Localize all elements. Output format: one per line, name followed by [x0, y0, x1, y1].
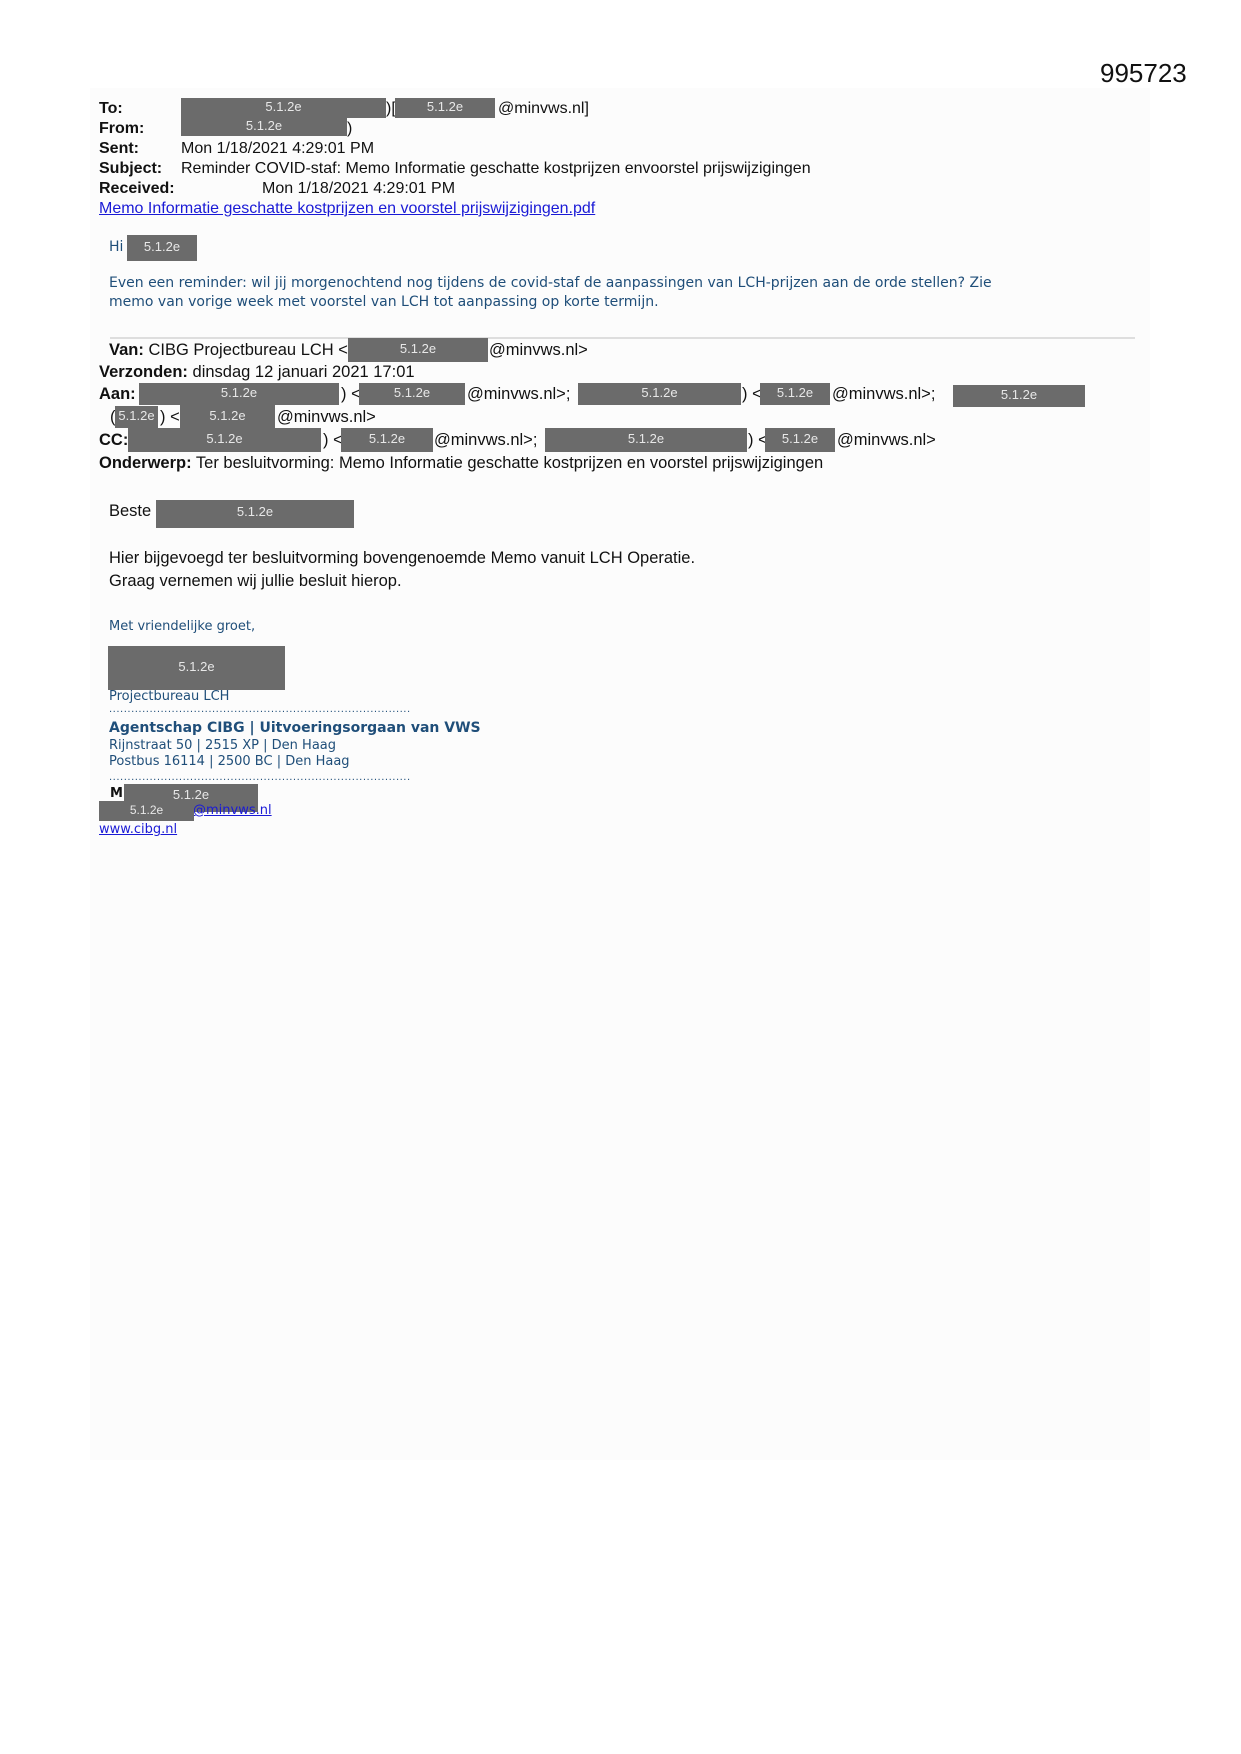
aan-domain: @minvws.nl>;: [832, 385, 935, 404]
divider: [110, 337, 1135, 339]
redaction-box: 5.1.2e: [156, 500, 354, 528]
redaction-box: 5.1.2e: [765, 428, 835, 452]
van-domain: @minvws.nl>: [489, 341, 588, 360]
redaction-box: 5.1.2e: [395, 98, 495, 118]
to-label: To:: [99, 99, 123, 119]
redaction-box: 5.1.2e: [348, 338, 488, 362]
redaction-box: 5.1.2e: [128, 428, 321, 452]
redaction-box: 5.1.2e: [127, 235, 197, 261]
aan-sep: ) <: [742, 385, 762, 404]
aan-sep: ) <: [160, 408, 180, 427]
aan-domain: @minvws.nl>;: [467, 385, 570, 404]
redaction-box: 5.1.2e: [108, 646, 285, 690]
redaction-box: 5.1.2e: [760, 383, 830, 405]
from-label: From:: [99, 119, 144, 139]
verzonden-line: Verzonden: dinsdag 12 januari 2021 17:01: [99, 363, 415, 382]
received-label: Received:: [99, 179, 175, 199]
organization: Agentschap CIBG | Uitvoeringsorgaan van …: [109, 720, 481, 736]
document-number: 995723: [1100, 58, 1187, 89]
received-value: Mon 1/18/2021 4:29:01 PM: [262, 179, 455, 199]
attachment-link[interactable]: Memo Informatie geschatte kostprijzen en…: [99, 199, 595, 219]
redaction-box: 5.1.2e: [139, 383, 339, 405]
redaction-box: 5.1.2e: [578, 383, 741, 405]
dotted-divider: ........................................…: [109, 772, 469, 783]
redaction-box: 5.1.2e: [953, 385, 1085, 407]
onderwerp-line: Onderwerp: Ter besluitvorming: Memo Info…: [99, 454, 823, 473]
subject-value: Reminder COVID-staf: Memo Informatie ges…: [181, 159, 811, 179]
redaction-box: 5.1.2e: [180, 405, 275, 429]
from-paren: ): [347, 119, 352, 139]
aan-sep: ) <: [341, 385, 361, 404]
email-link[interactable]: @minvws.nl: [193, 803, 272, 818]
redaction-box: 5.1.2e: [359, 383, 465, 405]
subject-label: Subject:: [99, 159, 162, 179]
address-1: Rijnstraat 50 | 2515 XP | Den Haag: [109, 738, 336, 753]
reply-greeting: Hi: [109, 239, 123, 255]
cc-label: CC:: [99, 431, 128, 450]
mobile-prefix: M: [110, 786, 123, 801]
address-2: Postbus 16114 | 2500 BC | Den Haag: [109, 754, 350, 769]
body-line-1: Hier bijgevoegd ter besluitvorming boven…: [109, 549, 695, 568]
sent-value: Mon 1/18/2021 4:29:01 PM: [181, 139, 374, 159]
to-domain: @minvws.nl]: [498, 99, 589, 119]
sent-label: Sent:: [99, 139, 139, 159]
salutation: Beste: [109, 502, 151, 521]
dotted-divider: ........................................…: [109, 704, 469, 715]
redaction-box: 5.1.2e: [115, 406, 158, 428]
redaction-box: 5.1.2e: [341, 428, 433, 452]
closing: Met vriendelijke groet,: [109, 619, 255, 634]
body-line-2: Graag vernemen wij jullie besluit hierop…: [109, 572, 402, 591]
redaction-box: 5.1.2e: [181, 98, 386, 118]
aan-domain-end: @minvws.nl>: [277, 408, 376, 427]
redaction-box: 5.1.2e: [99, 801, 194, 821]
redaction-box: 5.1.2e: [181, 118, 347, 136]
reply-line-1: Even een reminder: wil jij morgenochtend…: [109, 275, 992, 291]
aan-label: Aan:: [99, 385, 136, 404]
website-link[interactable]: www.cibg.nl: [99, 822, 177, 837]
redaction-box: 5.1.2e: [545, 428, 747, 452]
cc-domain-end: @minvws.nl>: [837, 431, 936, 450]
cc-domain: @minvws.nl>;: [434, 431, 537, 450]
cc-sep: ) <: [323, 431, 343, 450]
reply-line-2: memo van vorige week met voorstel van LC…: [109, 294, 659, 310]
department: Projectbureau LCH: [109, 689, 229, 704]
van-line: Van: CIBG Projectbureau LCH <: [109, 341, 348, 360]
